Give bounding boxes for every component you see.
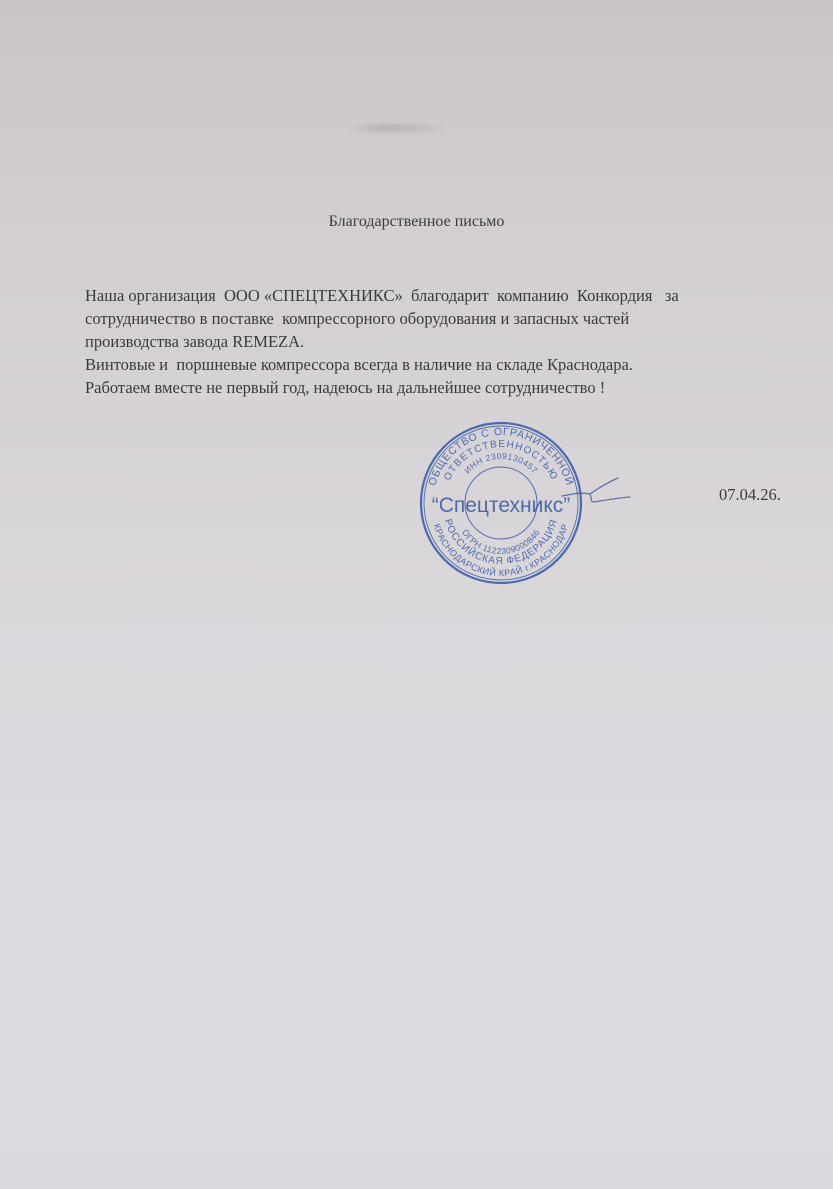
show-through-mark bbox=[350, 124, 445, 132]
letter-page: Благодарственное письмо Наша организация… bbox=[0, 0, 833, 1189]
body-line: производства завода REMEZA. bbox=[85, 330, 765, 353]
letter-body: Наша организация ООО «СПЕЦТЕХНИКС» благо… bbox=[85, 284, 765, 399]
letter-title: Благодарственное письмо bbox=[0, 213, 833, 231]
body-line: сотрудничество в поставке компрессорного… bbox=[85, 307, 765, 330]
letter-date: 07.04.26. bbox=[719, 485, 781, 505]
body-line: Наша организация ООО «СПЕЦТЕХНИКС» благо… bbox=[85, 284, 765, 307]
body-line: Винтовые и поршневые компрессора всегда … bbox=[85, 353, 765, 376]
signature-mark bbox=[560, 472, 640, 512]
stamp-company-name: “Спецтехникс” bbox=[432, 494, 571, 517]
body-line: Работаем вместе не первый год, надеюсь н… bbox=[85, 376, 765, 399]
